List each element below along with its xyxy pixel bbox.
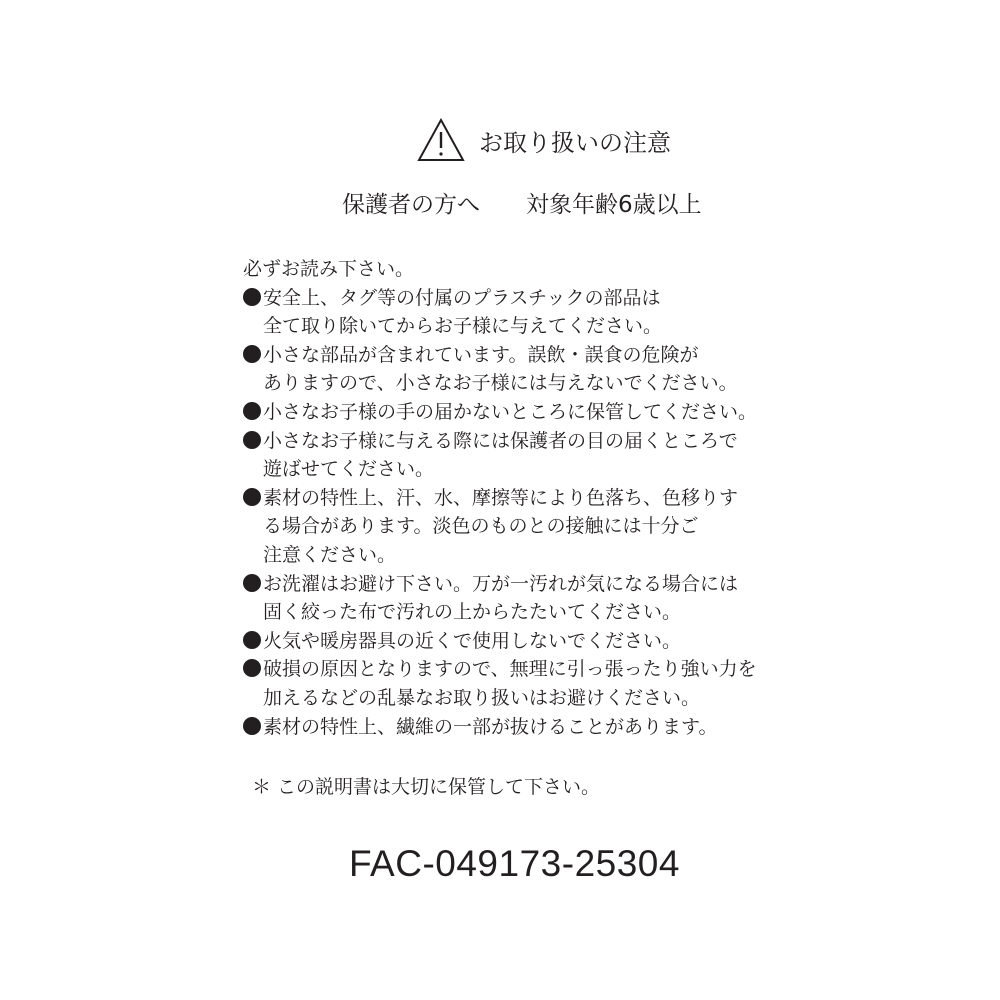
- list-item-continuation: 遊ばせてください。: [243, 455, 757, 484]
- header: お取り扱いの注意: [417, 116, 671, 164]
- list-item: 小さなお子様の手の届かないところに保管してください。: [243, 398, 757, 427]
- target-age-label: 保護者の方へ 対象年齢6歳以上: [342, 186, 702, 219]
- list-item: 安全上、タグ等の付属のプラスチックの部品は: [243, 284, 757, 313]
- list-item-text: 全て取り除いてからお子様に与えてください。: [263, 315, 662, 337]
- list-item-text: 小さな部品が含まれています。誤飲・誤食の危険が: [263, 344, 698, 366]
- bullet-icon: [243, 402, 261, 420]
- list-item: 小さなお子様に与える際には保護者の目の届くところで: [243, 427, 757, 456]
- list-item-continuation: 固く絞った布で汚れの上からたたいてください。: [243, 598, 757, 627]
- list-item-text: 加えるなどの乱暴なお取り扱いはお避けください。: [263, 687, 700, 709]
- caution-notes: 必ずお読み下さい。 安全上、タグ等の付属のプラスチックの部品は全て取り除いてから…: [243, 255, 757, 741]
- list-item-text: 注意ください。: [263, 544, 396, 566]
- list-item-text: 遊ばせてください。: [263, 458, 434, 480]
- bullet-icon: [243, 288, 261, 306]
- list-item-continuation: 注意ください。: [243, 541, 757, 570]
- list-item-text: 小さなお子様に与える際には保護者の目の届くところで: [263, 430, 738, 452]
- bullet-icon: [243, 345, 261, 363]
- bullet-icon: [243, 659, 261, 677]
- footnote: ＊ この説明書は大切に保管して下さい。: [252, 772, 600, 799]
- list-item-text: 固く絞った布で汚れの上からたたいてください。: [263, 601, 681, 623]
- bullet-icon: [243, 488, 261, 506]
- warning-triangle-icon: [417, 118, 465, 162]
- list-item-continuation: ありますので、小さなお子様には与えないでください。: [243, 369, 757, 398]
- list-item-text: 安全上、タグ等の付属のプラスチックの部品は: [263, 287, 660, 309]
- list-item-text: ありますので、小さなお子様には与えないでください。: [263, 372, 738, 394]
- product-code: FAC-049173-25304: [349, 843, 680, 885]
- bullet-icon: [243, 574, 261, 592]
- notes-intro: 必ずお読み下さい。: [243, 255, 757, 284]
- list-item-text: 破損の原因となりますので、無理に引っ張ったり強い力を: [263, 658, 757, 680]
- list-item: 素材の特性上、繊維の一部が抜けることがあります。: [243, 713, 757, 742]
- list-item: 火気や暖房器具の近くで使用しないでください。: [243, 627, 757, 656]
- list-item-text: 火気や暖房器具の近くで使用しないでください。: [263, 630, 681, 652]
- list-item-text: る場合があります。淡色のものとの接触には十分ご: [263, 515, 698, 537]
- list-item-text: お洗濯はお避け下さい。万が一汚れが気になる場合には: [263, 573, 738, 595]
- page-title: お取り扱いの注意: [479, 123, 671, 158]
- list-item: 素材の特性上、汗、水、摩擦等により色落ち、色移りす: [243, 484, 757, 513]
- list-item-continuation: る場合があります。淡色のものとの接触には十分ご: [243, 512, 757, 541]
- bullet-icon: [243, 717, 261, 735]
- list-item-continuation: 加えるなどの乱暴なお取り扱いはお避けください。: [243, 684, 757, 713]
- list-item-text: 素材の特性上、繊維の一部が抜けることがあります。: [263, 716, 717, 738]
- list-item: お洗濯はお避け下さい。万が一汚れが気になる場合には: [243, 570, 757, 599]
- list-item: 破損の原因となりますので、無理に引っ張ったり強い力を: [243, 655, 757, 684]
- list-item: 小さな部品が含まれています。誤飲・誤食の危険が: [243, 341, 757, 370]
- list-item-text: 素材の特性上、汗、水、摩擦等により色落ち、色移りす: [263, 487, 738, 509]
- bullet-icon: [243, 631, 261, 649]
- list-item-continuation: 全て取り除いてからお子様に与えてください。: [243, 312, 757, 341]
- bullet-icon: [243, 431, 261, 449]
- list-item-text: 小さなお子様の手の届かないところに保管してください。: [263, 401, 757, 423]
